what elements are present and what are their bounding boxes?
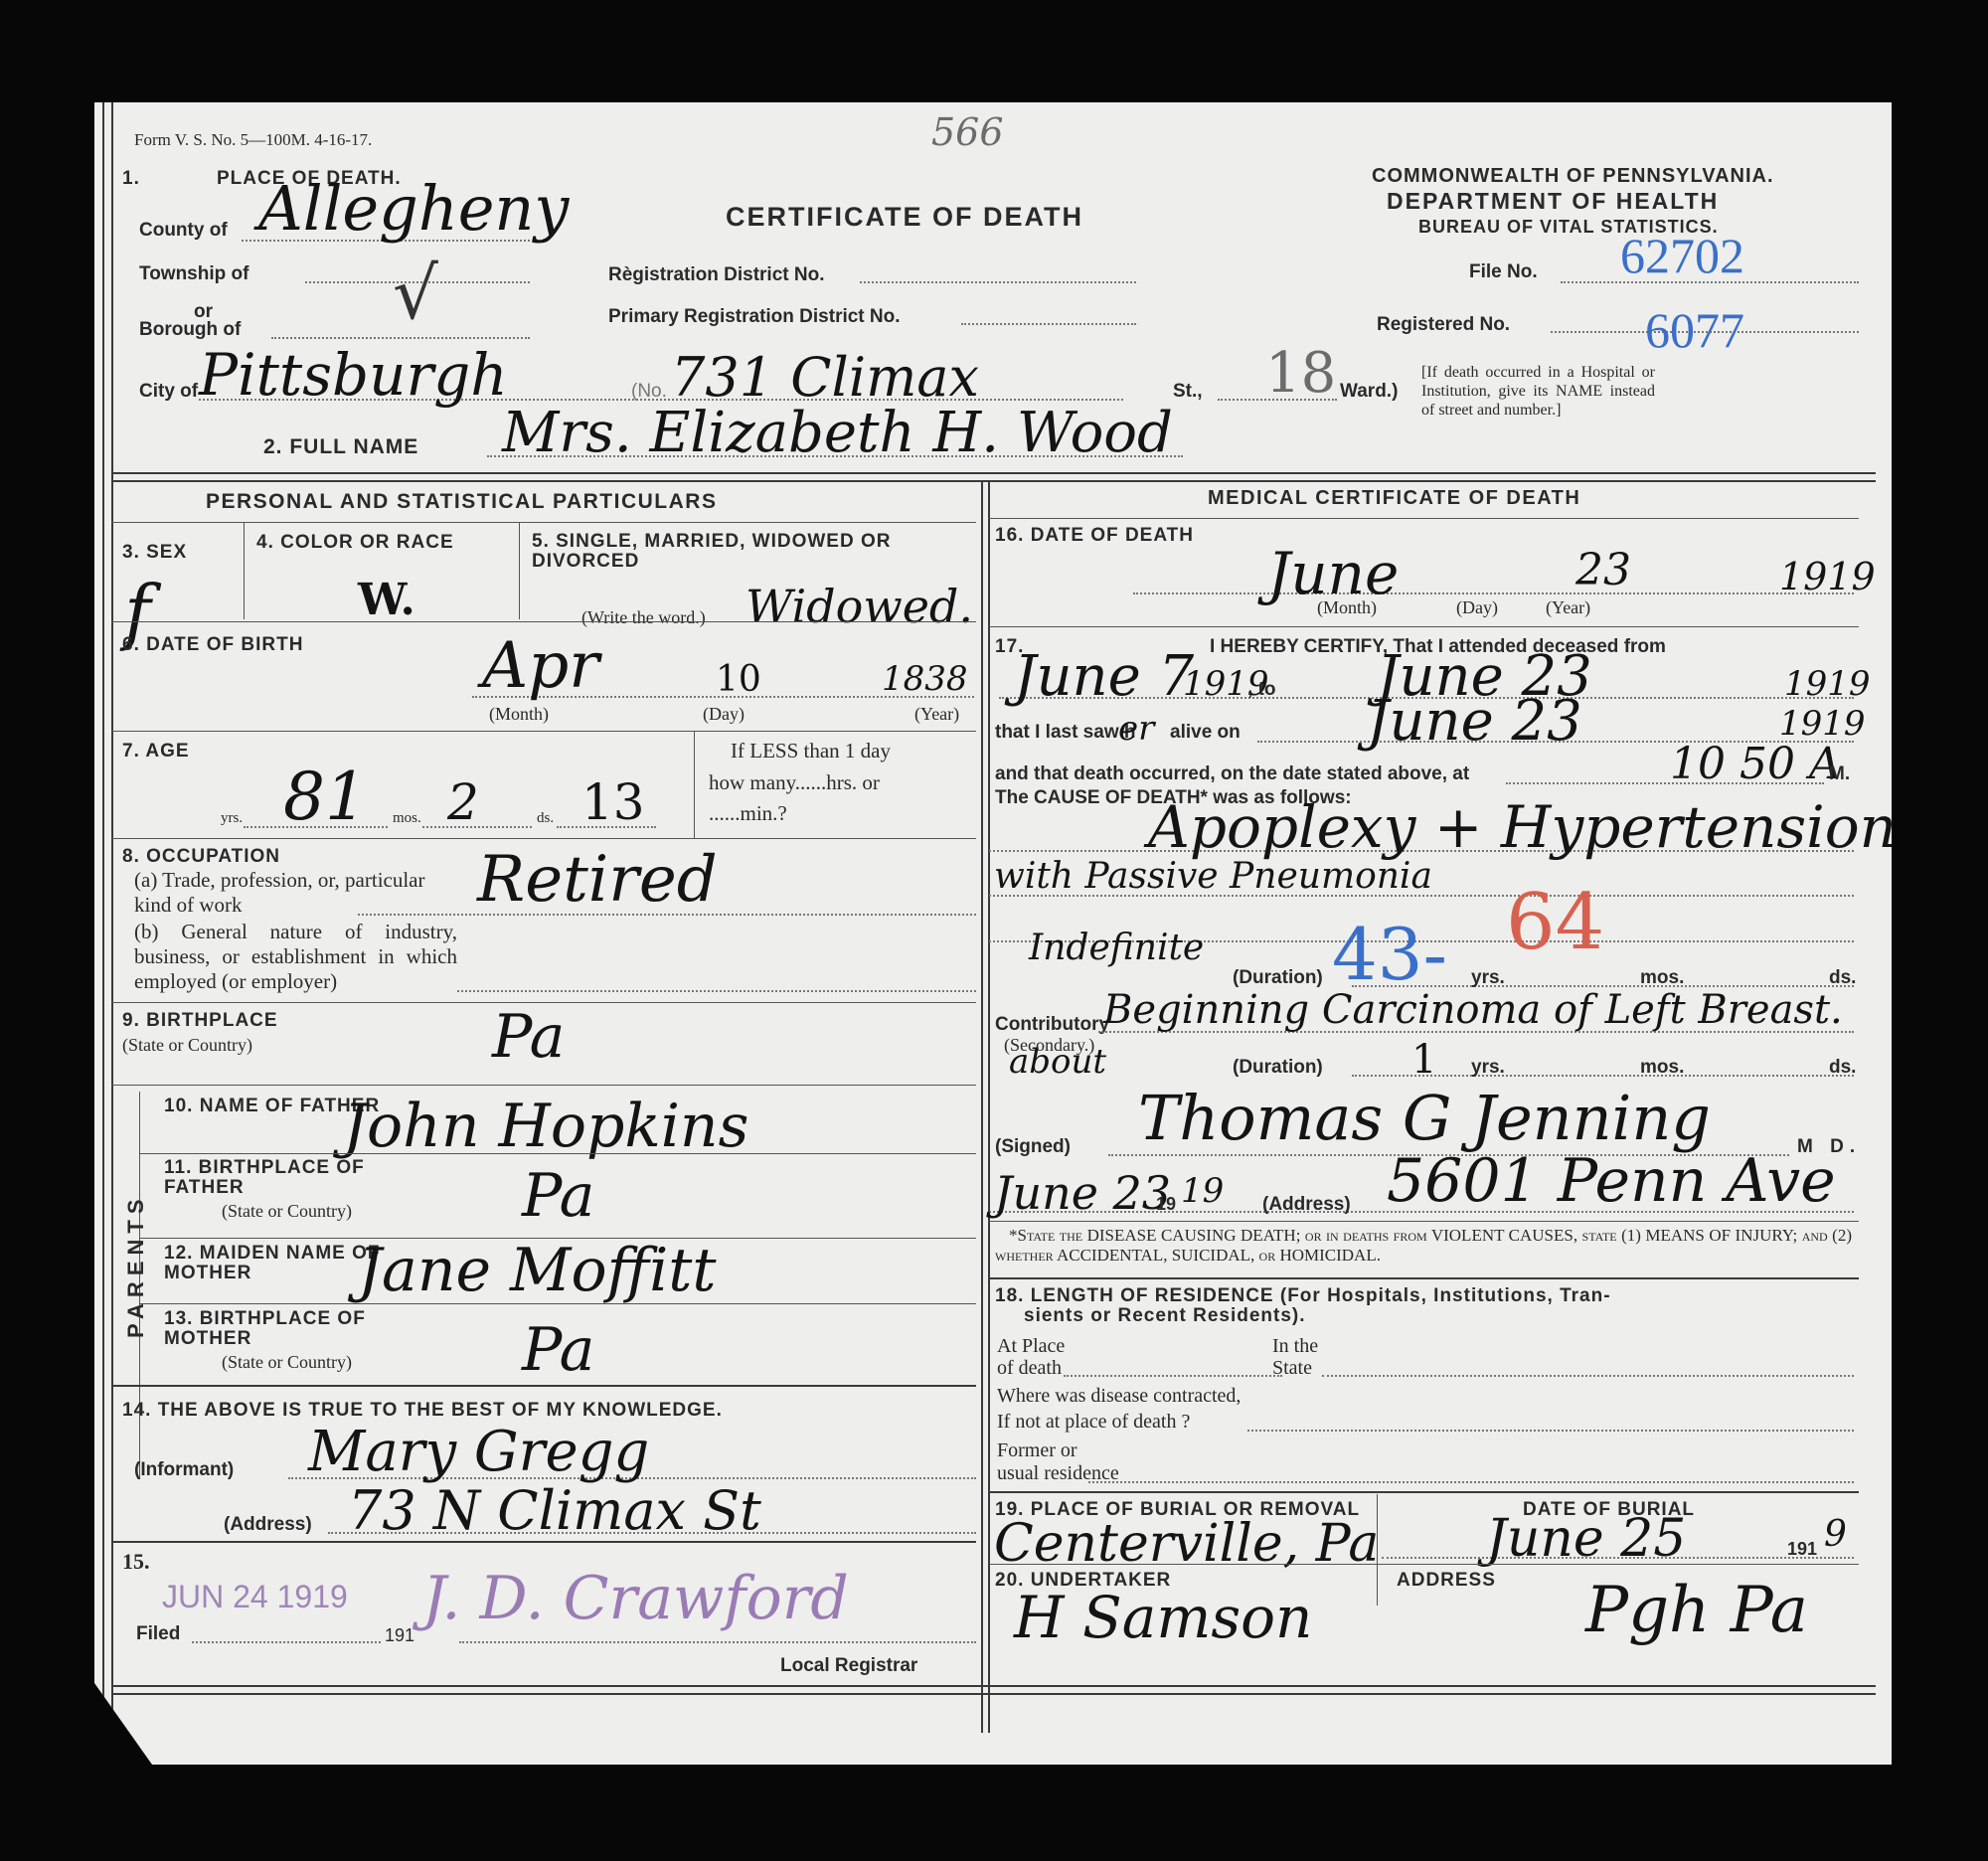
dod-day-caption: (Day) [1456, 597, 1498, 618]
death-time-value: 10 50 A [1670, 739, 1841, 789]
dob-day-caption: (Day) [703, 704, 745, 725]
less-than-day-3: ......min.? [709, 801, 787, 826]
occupation-b-line [457, 990, 976, 992]
col-divider [519, 522, 520, 619]
registrar-label: Local Registrar [780, 1655, 917, 1677]
birthplace-caption: (State or Country) [122, 1035, 252, 1056]
birthplace-label: 9. BIRTHPLACE [122, 1010, 278, 1032]
dod-label: 16. DATE OF DEATH [995, 525, 1194, 547]
row-divider [139, 1303, 976, 1304]
county-label: County of [139, 220, 228, 242]
issuer-line2: DEPARTMENT OF HEALTH [1387, 188, 1719, 215]
bottom-divider-1 [111, 1685, 1876, 1687]
section-divider [989, 1491, 1859, 1493]
col-divider [1377, 1494, 1378, 1606]
contributory-value: Beginning Carcinoma of Left Breast. [1103, 987, 1843, 1033]
birthplace-value: Pa [492, 1002, 565, 1072]
col-divider [244, 522, 245, 619]
street-no-label: (No. [631, 381, 667, 403]
signed-date: June 23 [994, 1166, 1171, 1220]
in-state-line [1322, 1375, 1854, 1377]
cause-line-1-value: Apoplexy + Hypertension [1148, 793, 1897, 861]
age-years: 81 [283, 759, 367, 835]
primary-registration-label: Primary Registration District No. [608, 306, 901, 328]
registered-no-stamp: 6077 [1645, 301, 1744, 359]
undertaker-address-value: Pgh Pa [1585, 1574, 1808, 1647]
filed-label: Filed [136, 1623, 180, 1645]
row-divider [111, 1085, 976, 1086]
registrar-signature: J. D. Crawford [422, 1564, 849, 1633]
yrs-label: yrs. [221, 810, 243, 827]
informant-value: Mary Gregg [308, 1420, 649, 1484]
full-name-label: 2. FULL NAME [263, 435, 418, 459]
physician-signature: Thomas G Jenning [1138, 1082, 1711, 1154]
st-label: St., [1173, 381, 1203, 403]
registration-district-line [860, 281, 1136, 283]
age-label: 7. AGE [122, 741, 190, 762]
occupation-a-label: (a) Trade, profession, or, particular ki… [134, 868, 457, 918]
borough-label: Borough of [139, 319, 241, 341]
filing-section-number: 15. [122, 1549, 150, 1575]
cause-code-blue: 43- [1332, 913, 1447, 996]
attended-from: June 7 [1014, 644, 1194, 709]
sex-label: 3. SEX [122, 542, 187, 564]
check-mark-icon: √ [393, 252, 438, 335]
dod-month-caption: (Month) [1317, 597, 1377, 618]
signed-year: 19 [1181, 1171, 1224, 1211]
age-days: 13 [581, 773, 645, 831]
row-divider [989, 1564, 1859, 1565]
hospital-note: [If death occurred in a Hospital or Inst… [1421, 363, 1655, 420]
age-months: 2 [447, 773, 479, 831]
dob-day: 10 [716, 659, 761, 700]
contrib-mos-label: mos. [1640, 1057, 1684, 1079]
signed-label: (Signed) [995, 1136, 1071, 1158]
row-divider [989, 518, 1859, 519]
contributory-duration-value: about [1009, 1042, 1106, 1082]
section-divider [989, 1277, 1859, 1279]
marital-label: 5. SINGLE, MARRIED, WIDOWED OR DIVORCED [532, 532, 949, 572]
section-divider [111, 1385, 976, 1387]
filed-line [192, 1641, 381, 1643]
informant-address-value: 73 N Climax St [348, 1479, 761, 1542]
mother-birthplace-label: 13. BIRTHPLACE OF MOTHER [164, 1309, 413, 1349]
physician-address: 5601 Penn Ave [1387, 1146, 1836, 1216]
burial-date-value: June 25 [1486, 1509, 1686, 1569]
in-state-label-2: State [1272, 1357, 1312, 1380]
last-saw-label: that I last saw h [995, 722, 1135, 744]
undertaker-value: H Samson [1014, 1584, 1312, 1651]
less-than-day-2: how many......hrs. or [709, 770, 880, 795]
burial-year-digit: 9 [1824, 1514, 1847, 1555]
ward-value: 18 [1265, 341, 1336, 406]
township-label: Township of [139, 263, 248, 285]
row-divider [139, 1153, 976, 1154]
left-border-inner [111, 102, 113, 1765]
issuer-line1: COMMONWEALTH OF PENNSYLVANIA. [1372, 165, 1774, 188]
informant-label: (Informant) [134, 1459, 234, 1481]
informant-statement: 14. THE ABOVE IS TRUE TO THE BEST OF MY … [122, 1400, 723, 1422]
residence-label-2: sients or Recent Residents). [1024, 1305, 1306, 1327]
dod-day: 23 [1575, 545, 1631, 595]
dod-year-caption: (Year) [1546, 597, 1590, 618]
at-place-label-1: At Place [997, 1335, 1065, 1358]
header-divider-2 [111, 480, 1876, 482]
county-value: Allegheny [258, 172, 569, 245]
at-place-line [1064, 1375, 1282, 1377]
duration-label: (Duration) [1233, 967, 1323, 989]
center-divider-left [981, 480, 983, 1733]
registered-no-label: Registered No. [1377, 314, 1510, 336]
dod-line [1133, 592, 1854, 594]
informant-address-label: (Address) [224, 1514, 312, 1536]
section-divider [111, 1541, 976, 1543]
cause-code-red: 64 [1506, 878, 1604, 967]
former-residence-line [1088, 1481, 1854, 1483]
duration-ds-label: ds. [1829, 967, 1856, 989]
city-label: City of [139, 381, 198, 403]
father-birthplace-label: 11. BIRTHPLACE OF FATHER [164, 1158, 413, 1198]
to-label: , to [1247, 679, 1276, 701]
last-saw-date: June 23 [1367, 689, 1582, 754]
residence-label-1: 18. LENGTH OF RESIDENCE (For Hospitals, … [995, 1285, 1611, 1307]
death-certificate-paper: Form V. S. No. 5—100M. 4-16-17. 566 1. P… [94, 102, 1892, 1765]
where-contracted-1: Where was disease contracted, [997, 1385, 1241, 1408]
contrib-ds-label: ds. [1829, 1057, 1856, 1079]
full-name-value: Mrs. Elizabeth H. Wood [502, 401, 1173, 465]
occupation-value: Retired [477, 843, 718, 917]
registrar-line [459, 1641, 976, 1643]
former-residence-1: Former or [997, 1439, 1077, 1462]
occupation-b-label: (b) General nature of industry, business… [134, 920, 457, 994]
filed-year-prefix: 191 [385, 1625, 414, 1646]
cause-line-2-value: with Passive Pneumonia [994, 856, 1432, 897]
mother-birthplace-caption: (State or Country) [222, 1352, 352, 1373]
medical-heading: MEDICAL CERTIFICATE OF DEATH [1208, 487, 1580, 510]
contrib-yrs-label: yrs. [1471, 1057, 1505, 1079]
marital-hint: (Write the word.) [581, 607, 706, 628]
father-name-value: John Hopkins [343, 1092, 748, 1161]
last-saw-year: 1919 [1779, 704, 1866, 744]
dod-year: 1919 [1779, 555, 1876, 598]
dob-year: 1838 [882, 659, 968, 699]
row-divider [111, 731, 976, 732]
duration-yrs-label: yrs. [1471, 967, 1505, 989]
duration-mos-label: mos. [1640, 967, 1684, 989]
father-birthplace-value: Pa [522, 1161, 594, 1231]
parents-side-label: PARENTS [123, 1219, 149, 1338]
mother-birthplace-value: Pa [522, 1315, 594, 1385]
attended-to-year: 1919 [1784, 664, 1871, 704]
ds-label: ds. [537, 810, 554, 827]
where-contracted-line [1247, 1430, 1854, 1432]
physician-address-label: (Address) [1262, 1194, 1351, 1216]
race-value: W. [358, 575, 415, 625]
mos-label: mos. [393, 810, 421, 827]
ward-label: Ward.) [1340, 381, 1398, 403]
in-state-label-1: In the [1272, 1335, 1318, 1358]
center-divider-right [988, 480, 990, 1733]
place-section-number: 1. [122, 168, 140, 190]
where-contracted-2: If not at place of death ? [997, 1411, 1190, 1434]
at-place-label-2: of death [997, 1357, 1062, 1380]
mother-maiden-value: Jane Moffitt [358, 1236, 717, 1305]
contributory-duration-years: 1 [1411, 1037, 1436, 1083]
last-saw-pronoun: er [1118, 709, 1154, 749]
contributory-duration-label: (Duration) [1233, 1057, 1323, 1079]
dob-month: Apr [482, 629, 599, 703]
primary-registration-line [961, 323, 1136, 325]
less-than-day-1: If LESS than 1 day [731, 739, 891, 763]
undertaker-address-label: ADDRESS [1397, 1570, 1496, 1592]
death-time-label: and that death occurred, on the date sta… [995, 763, 1469, 785]
bottom-divider-2 [111, 1693, 1876, 1695]
duration-value: Indefinite [1029, 928, 1204, 968]
row-divider [111, 621, 976, 622]
occupation-label: 8. OCCUPATION [122, 846, 280, 868]
dob-year-caption: (Year) [914, 704, 959, 725]
alive-on-label: alive on [1170, 722, 1241, 744]
burial-place-value: Centerville, Pa [994, 1514, 1379, 1574]
street-address-value: 731 Climax [671, 346, 979, 409]
left-border-outer [102, 102, 104, 1765]
personal-heading: PERSONAL AND STATISTICAL PARTICULARS [206, 490, 717, 514]
form-number: Form V. S. No. 5—100M. 4-16-17. [134, 130, 372, 150]
dob-month-caption: (Month) [489, 704, 549, 725]
borough-line [271, 337, 530, 339]
registration-district-label: Règistration District No. [608, 264, 824, 286]
row-divider [989, 1221, 1859, 1222]
file-no-label: File No. [1469, 261, 1538, 283]
burial-year-prefix: 191 [1787, 1539, 1817, 1560]
row-divider [111, 838, 976, 839]
col-divider [694, 731, 695, 838]
header-divider-1 [111, 472, 1876, 474]
city-value: Pittsburgh [199, 341, 508, 409]
dob-label: 6. DATE OF BIRTH [122, 634, 303, 656]
filed-date-stamp: JUN 24 1919 [162, 1579, 348, 1615]
row-divider [989, 626, 1859, 627]
race-label: 4. COLOR OR RACE [256, 532, 454, 554]
row-divider [111, 522, 976, 523]
contributory-label: Contributory [995, 1014, 1109, 1036]
pencil-annotation: 566 [931, 110, 1004, 154]
signed-year-prefix: 19 [1156, 1194, 1176, 1215]
certificate-title: CERTIFICATE OF DEATH [726, 202, 1083, 233]
death-time-suffix: M. [1829, 763, 1850, 785]
marital-value: Widowed. [745, 580, 973, 633]
father-birthplace-caption: (State or Country) [222, 1201, 352, 1222]
cause-footnote: *State the DISEASE CAUSING DEATH; or in … [995, 1226, 1852, 1266]
file-no-stamp: 62702 [1620, 227, 1744, 284]
